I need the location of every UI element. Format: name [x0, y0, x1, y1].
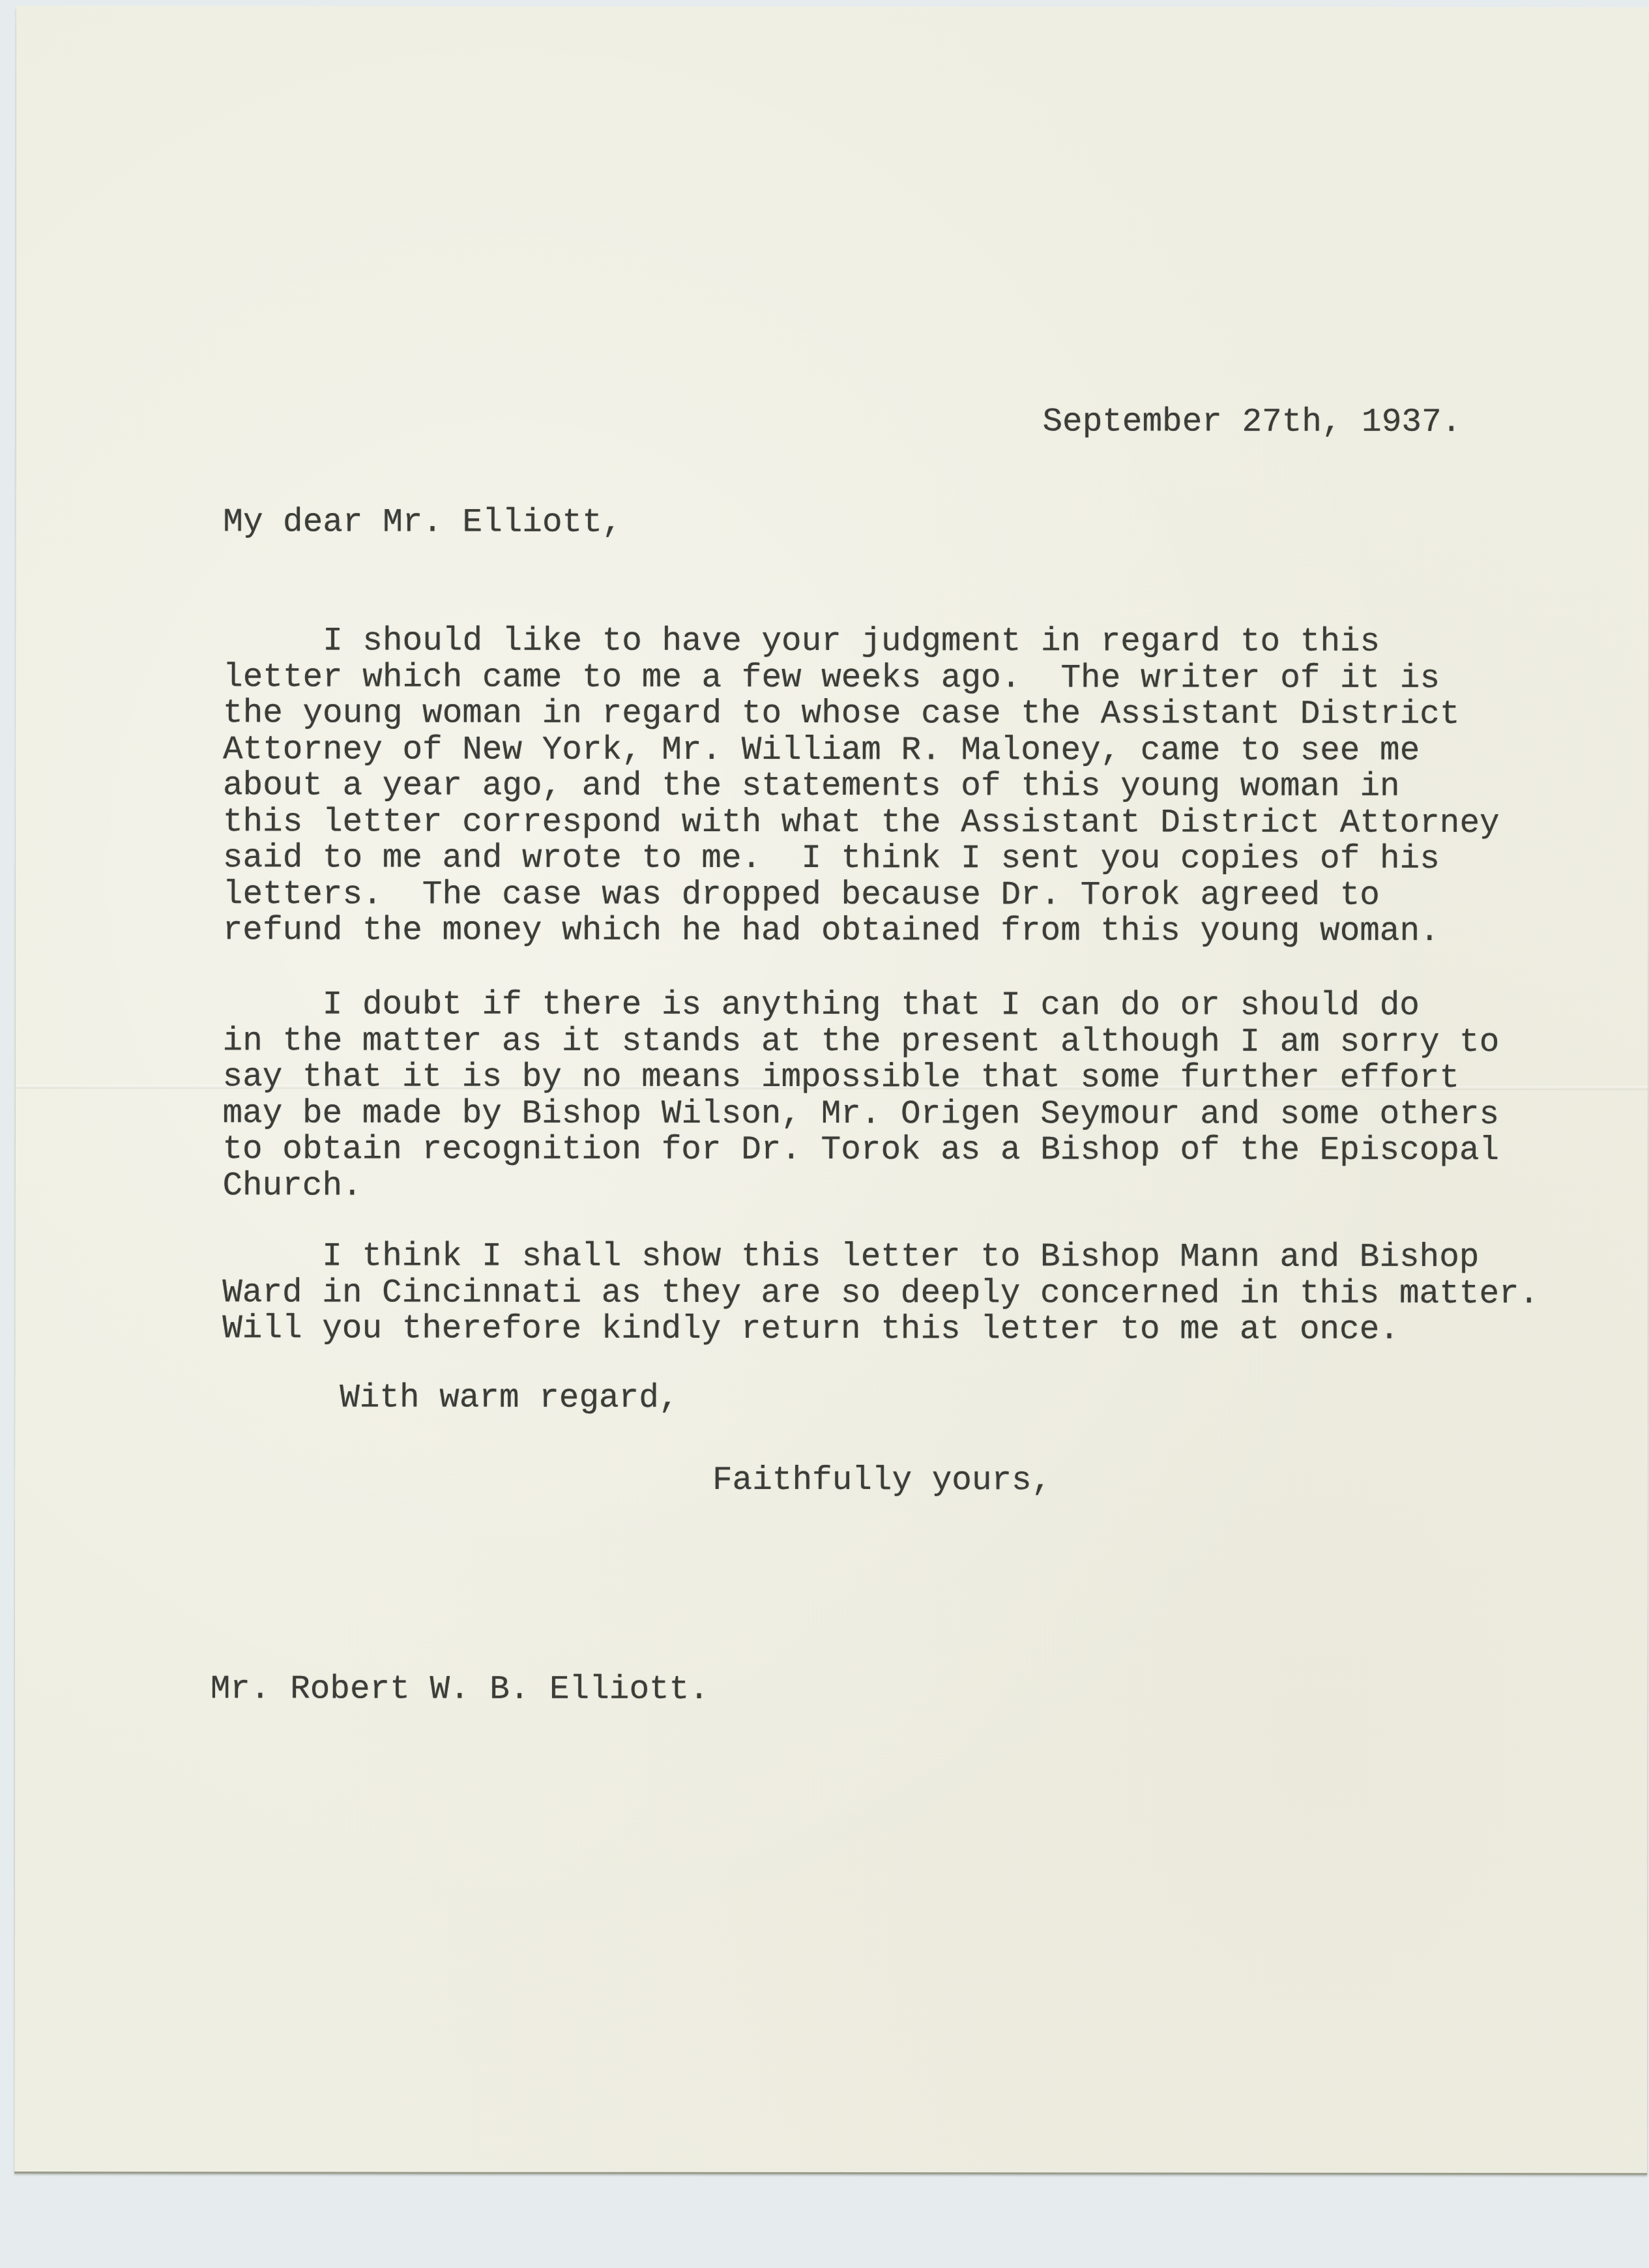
body-paragraph-3: I think I shall show this letter to Bish… — [222, 1239, 1539, 1348]
text-line: letters. The case was dropped because Dr… — [223, 877, 1500, 914]
text-line: in the matter as it stands at the presen… — [223, 1024, 1500, 1061]
recipient-name: Mr. Robert W. B. Elliott. — [211, 1672, 709, 1709]
text-line: said to me and wrote to me. I think I se… — [223, 840, 1500, 877]
text-line: letter which came to me a few weeks ago.… — [223, 660, 1500, 697]
text-line: the young woman in regard to whose case … — [223, 696, 1500, 733]
text-line: I doubt if there is anything that I can … — [223, 987, 1500, 1024]
text-line: about a year ago, and the statements of … — [223, 768, 1500, 805]
letter-page: September 27th, 1937. My dear Mr. Elliot… — [14, 6, 1649, 2173]
text-line: Attorney of New York, Mr. William R. Mal… — [223, 732, 1500, 769]
text-line: refund the money which he had obtained f… — [223, 913, 1500, 950]
signoff: Faithfully yours, — [712, 1463, 1051, 1499]
text-line: Ward in Cincinnati as they are so deeply… — [222, 1275, 1539, 1312]
text-line: may be made by Bishop Wilson, Mr. Origen… — [222, 1096, 1499, 1133]
text-line: Will you therefore kindly return this le… — [222, 1311, 1539, 1348]
text-line: I should like to have your judgment in r… — [223, 623, 1500, 660]
body-paragraph-1: I should like to have your judgment in r… — [223, 623, 1500, 950]
letter-date: September 27th, 1937. — [1042, 404, 1461, 441]
text-line: Church. — [222, 1168, 1499, 1205]
text-line: I think I shall show this letter to Bish… — [222, 1239, 1539, 1276]
text-line: to obtain recognition for Dr. Torok as a… — [222, 1132, 1499, 1169]
text-line: say that it is by no means impossible th… — [223, 1059, 1500, 1097]
salutation: My dear Mr. Elliott, — [223, 505, 622, 542]
text-line: this letter correspond with what the Ass… — [223, 804, 1500, 842]
body-paragraph-2: I doubt if there is anything that I can … — [222, 987, 1499, 1205]
closing-line: With warm regard, — [340, 1380, 679, 1417]
